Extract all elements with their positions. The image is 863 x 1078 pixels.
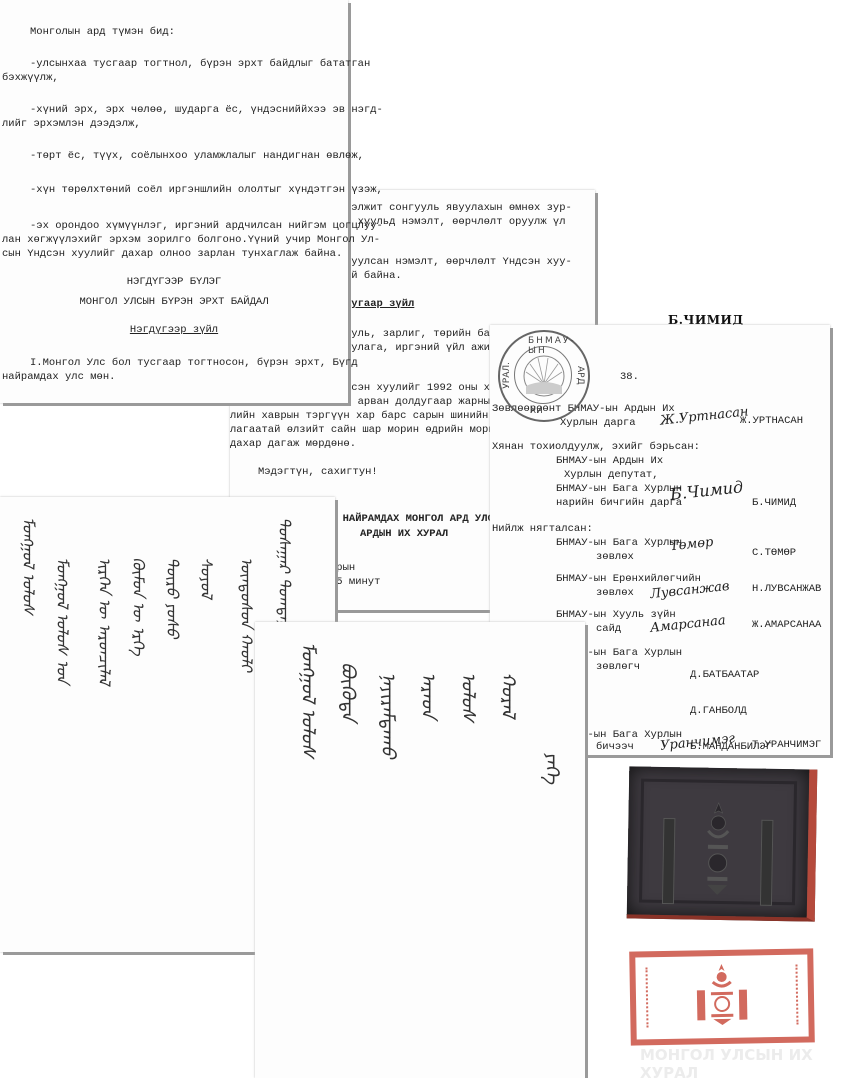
signer-name: Д.ГАНБОЛД	[690, 705, 772, 717]
text-line: ээлжит сонгууль явуулахын өмнөх зур-	[345, 202, 572, 215]
script-column: ᠶᠡᠬᠡ	[535, 752, 569, 1052]
signer-role: нарийн бичгийн дарга	[556, 497, 682, 510]
signer-role: БНМАУ-ын Бага Хурлын	[556, 537, 682, 550]
text-line: эй байна.	[345, 270, 402, 283]
script-column: ᠠᠷᠠᠳ	[411, 672, 445, 852]
seal-imprint	[629, 948, 815, 1045]
script-column: ᠲᠦᠷᠦ ᠶᠣᠰᠣ	[158, 557, 186, 937]
signature: Төмөр	[669, 535, 714, 554]
signer-name: Д.БАТБААТАР	[690, 669, 772, 681]
signer-role: Хурлын депутат,	[564, 469, 659, 482]
closing-line: Мэдэгтүн, сахигтун!	[258, 466, 378, 479]
signer-name: Ж.АМАРСАНАА	[752, 619, 821, 632]
preamble-clause: -улсынхаа тусгаар тогтнол, бүрэн эрхт ба…	[30, 58, 370, 71]
seal-text: ХИ	[530, 406, 543, 416]
preamble-clause: лийг эрхэмлэн дээдэлж,	[2, 118, 141, 131]
preamble-clause: бэхжүүлж,	[2, 72, 59, 85]
script-column: ᠬᠤᠷᠠᠯ	[491, 672, 525, 852]
watermark: МОНГОЛ УЛСЫН ИХ ХУРАЛ	[640, 1046, 863, 1078]
script-column: ᠰᠣᠶᠣᠯ	[192, 557, 220, 937]
script-mark	[783, 965, 798, 1025]
text-line: дахар дагаж мөрдөнө.	[230, 438, 356, 451]
text-line: руулсан нэмэлт, өөрчлөлт Үндсэн хуу-	[345, 256, 572, 269]
emblem-icon	[522, 354, 566, 398]
preamble-clause: -хүн төрөлхтөний соёл иргэншлийн ололтыг…	[30, 184, 383, 197]
seal-text: АРД	[575, 366, 585, 385]
signer-role: БНМАУ-ын Ардын Их	[556, 455, 663, 468]
script-mark	[645, 967, 660, 1027]
text-line: у арван долдугаар жарны	[345, 396, 490, 409]
section-label: Хянан тохиолдуулж, эхийг бэрьсан:	[492, 441, 700, 454]
text-line: лагаатай өлзийт сайн шар морин өдрийн мо…	[230, 424, 526, 437]
signature: Б.Чимид	[669, 477, 744, 504]
text-line: лийн хаврын тэргүүн хар барс сарын шиний…	[230, 410, 526, 423]
signer-role: Хурлын дарга	[560, 417, 636, 430]
mongol-script-page-right: ᠮᠣᠩᠭᠣᠯ ᠤᠯᠤᠰ ᠪᠦᠭᠦᠳᠡ ᠨᠠᠶᠢᠷᠠᠮᠳᠠᠬᠤ ᠠᠷᠠᠳ ᠤᠯᠤᠰ…	[255, 622, 585, 1078]
signer-role: бичээч	[596, 741, 634, 754]
script-column: ᠪᠦᠭᠦᠳᠡ	[331, 662, 365, 1078]
footer-title: Д НАЙРАМДАХ МОНГОЛ АРД УЛСЫ	[330, 513, 500, 526]
chapter-title: МОНГОЛ УЛСЫН БҮРЭН ЭРХТ БАЙДАЛ	[0, 296, 348, 309]
soyombo-icon	[697, 801, 739, 902]
signer-role: зөвлөгч	[596, 661, 640, 674]
preamble-clause: -төрт ёс, түүх, соёлынхоо уламжлалыг нан…	[30, 150, 364, 163]
signer-role: зөвлөх	[596, 587, 634, 600]
footer-title: АРДЫН ИХ ХУРАЛ	[360, 528, 448, 541]
script-column: ᠬᠦᠮᠦᠨ ᠦ ᠡᠷᠬᠡ	[124, 557, 152, 937]
section-label: Нийлж нягталсан:	[492, 523, 593, 536]
signer-role: БНМАУ-ын Бага Хурлын	[556, 483, 682, 496]
signer-name: Ж.УРТНАСАН	[740, 415, 803, 428]
page-number: 38.	[620, 371, 639, 384]
script-column: ᠢᠷᠭᠡᠨ ᠦ ᠠᠷᠳᠴᠢᠯᠠᠯ	[90, 557, 118, 937]
preamble-clause: лан хөгжүүлэхийг эрхэм зорилго болгоно.Ү…	[2, 234, 380, 247]
signer-name: Т.УРАНЧИМЭГ	[752, 739, 821, 752]
pillar	[760, 820, 773, 906]
state-seal-stamp	[627, 766, 818, 921]
article-heading: Нэгдүгээр зүйл	[0, 324, 348, 337]
text-line: дсэн хуулийг 1992 оны хоё	[345, 382, 503, 395]
script-column: ᠮᠣᠩᠭᠣᠯ ᠤᠯᠤᠰ	[14, 517, 42, 817]
script-column: ᠮᠣᠩᠭᠣᠯ ᠤᠯᠤᠰ	[291, 642, 325, 1062]
script-column: ᠮᠣᠩᠭᠣᠯ ᠤᠯᠤᠰ ᠤᠨ	[48, 557, 76, 937]
script-column: ᠤᠯᠤᠰ	[451, 672, 485, 852]
round-seal: БНМАУ-ЫН УРАЛ. АРД ХИ	[498, 330, 590, 422]
constitution-page-preamble: Монголын ард түмэн бид: -улсынхаа тусгаа…	[0, 0, 348, 403]
preamble-intro: Монголын ард түмэн бид:	[30, 26, 175, 39]
preamble-clause: -хүний эрх, эрх чөлөө, шударга ёс, үндэс…	[30, 104, 383, 117]
article-text: I.Монгол Улс бол тусгаар тогтносон, бүрэ…	[30, 357, 358, 370]
article-heading: дугаар зүйл	[345, 298, 414, 311]
soyombo-icon	[686, 961, 757, 1026]
signer-name: Б.ЧИМИД	[752, 497, 796, 510]
text-line: уулага, иргэний үйл ажил	[345, 342, 496, 355]
signer-name: С.ТӨМӨР	[752, 547, 796, 560]
preamble-clause: -эх орондоо хүмүүнлэг, иргэний ардчилсан…	[30, 220, 383, 233]
pillar	[662, 818, 675, 904]
chapter-heading: НЭГДҮГЭЭР БҮЛЭГ	[0, 276, 348, 289]
seal-text: УРАЛ.	[502, 362, 512, 389]
signer-role: сайд	[596, 623, 621, 636]
footer-line: 35 минут	[330, 576, 380, 589]
seal-text: БНМАУ-ЫН	[528, 336, 588, 356]
script-column: ᠨᠠᠶᠢᠷᠠᠮᠳᠠᠬᠤ	[371, 672, 405, 852]
preamble-clause: сын Үндсэн хуулийг дахар олноо зарлан ту…	[2, 248, 342, 261]
signer-name: Н.ЛУВСАНЖАВ	[752, 583, 821, 596]
signer-role: зөвлөх	[596, 551, 634, 564]
article-text: найрамдах улс мөн.	[2, 371, 115, 384]
